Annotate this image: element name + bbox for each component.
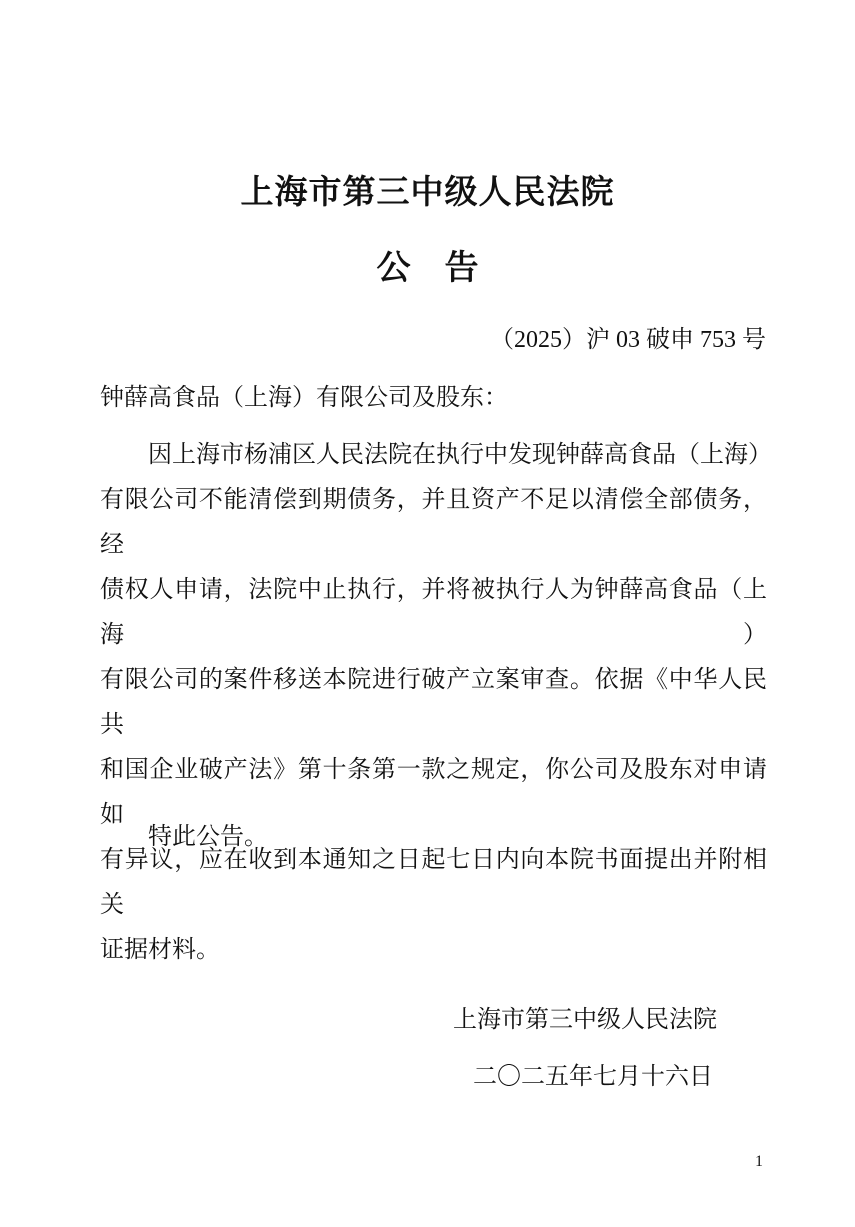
page-number: 1 bbox=[755, 1153, 763, 1171]
addressee-line: 钟薛高食品（上海）有限公司及股东： bbox=[100, 377, 508, 412]
signature-court-name: 上海市第三中级人民法院 bbox=[453, 999, 717, 1034]
body-line: 因上海市杨浦区人民法院在执行中发现钟薛高食品（上海） bbox=[100, 433, 767, 478]
body-paragraph: 因上海市杨浦区人民法院在执行中发现钟薛高食品（上海） 有限公司不能清偿到期债务，… bbox=[100, 433, 767, 973]
body-line: 有异议，应在收到本通知之日起七日内向本院书面提出并附相关 bbox=[100, 838, 767, 928]
body-line: 证据材料。 bbox=[100, 928, 767, 973]
document-page: 上海市第三中级人民法院 公 告 （2025）沪 03 破申 753 号 钟薛高食… bbox=[0, 0, 855, 1227]
case-number: （2025）沪 03 破申 753 号 bbox=[490, 319, 766, 354]
court-name-title: 上海市第三中级人民法院 bbox=[0, 166, 855, 213]
document-type-heading: 公 告 bbox=[0, 240, 855, 289]
body-line: 债权人申请，法院中止执行，并将被执行人为钟薛高食品（上海） bbox=[100, 568, 767, 658]
signature-date: 二〇二五年七月十六日 bbox=[473, 1056, 713, 1091]
body-line: 有限公司的案件移送本院进行破产立案审查。依据《中华人民共 bbox=[100, 658, 767, 748]
closing-statement: 特此公告。 bbox=[148, 816, 268, 851]
body-line: 有限公司不能清偿到期债务，并且资产不足以清偿全部债务，经 bbox=[100, 478, 767, 568]
